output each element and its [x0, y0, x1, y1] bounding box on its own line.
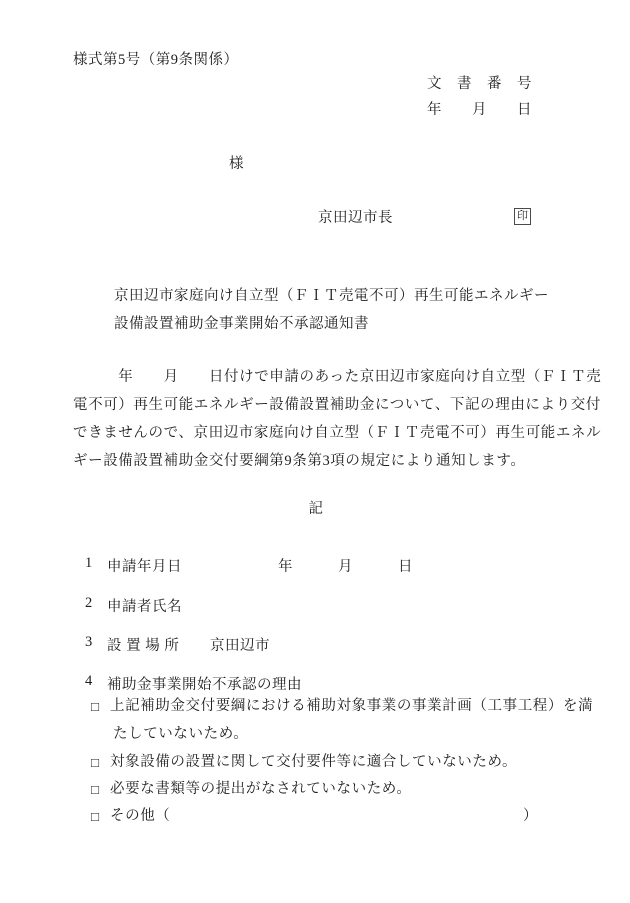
- checkbox-icon: □: [91, 755, 100, 771]
- reason-option-row: □ 上記補助金交付要綱における補助対象事業の事業計画（工事工程）を満: [0, 699, 630, 719]
- body-line: ギー設備設置補助金交付要綱第9条第3項の規定により通知します。: [73, 447, 563, 475]
- reason-option-row-other: □ その他（ ）: [0, 809, 630, 829]
- doc-number-label: 文 書 番 号: [427, 77, 532, 92]
- body-paragraph: 年 月 日付けで申請のあった京田辺市家庭向け自立型（ＦＩＴ売 電不可）再生可能エ…: [73, 363, 563, 475]
- body-line: 年 月 日付けで申請のあった京田辺市家庭向け自立型（ＦＩＴ売: [73, 363, 563, 391]
- item-label: 補助金事業開始不承認の理由: [107, 673, 302, 694]
- closing-paren: ）: [523, 809, 538, 824]
- doc-date-blank: 年 月 日: [427, 103, 532, 118]
- checkbox-icon: □: [91, 782, 100, 798]
- form-number: 様式第5号（第9条関係）: [73, 53, 239, 68]
- item-number: 4: [85, 673, 93, 690]
- checkbox-icon: □: [91, 699, 100, 715]
- document-page: 様式第5号（第9条関係） 文 書 番 号 年 月 日 様 京田辺市長 印 京田辺…: [0, 0, 630, 903]
- addressee-honorific: 様: [229, 157, 244, 172]
- sender-name: 京田辺市長: [318, 211, 393, 226]
- notice-heading: 記: [73, 502, 559, 517]
- item-row-application-date: 1 申請年月日 年 月 日: [0, 555, 630, 575]
- item-number: 2: [85, 595, 93, 612]
- document-title-line1: 京田辺市家庭向け自立型（ＦＩＴ売電不可）再生可能エネルギー: [114, 289, 549, 304]
- reason-option-text: 必要な書類等の提出がなされていないため。: [110, 782, 411, 797]
- item-label: 設 置 場 所: [107, 634, 179, 655]
- item-row-applicant-name: 2 申請者氏名: [0, 595, 630, 615]
- reason-option-row-continuation: たしていないため。: [0, 727, 630, 747]
- item-value: 年 月 日: [278, 555, 413, 576]
- reason-option-text: たしていないため。: [113, 727, 248, 742]
- checkbox-icon: □: [91, 809, 100, 825]
- item-row-refusal-reason: 4 補助金事業開始不承認の理由: [0, 673, 630, 693]
- reason-option-row: □ 必要な書類等の提出がなされていないため。: [0, 782, 630, 802]
- body-line: できませんので、京田辺市家庭向け自立型（ＦＩＴ売電不可）再生可能エネル: [73, 419, 563, 447]
- seal-icon: 印: [514, 208, 531, 225]
- item-label: 申請者氏名: [107, 595, 182, 616]
- item-label: 申請年月日: [107, 555, 182, 576]
- document-title-line2: 設備設置補助金事業開始不承認通知書: [114, 317, 369, 332]
- reason-option-text: 対象設備の設置に関して交付要件等に適合していないため。: [110, 755, 517, 770]
- item-number: 3: [85, 634, 93, 651]
- reason-option-text: 上記補助金交付要綱における補助対象事業の事業計画（工事工程）を満: [110, 699, 593, 714]
- reason-option-row: □ 対象設備の設置に関して交付要件等に適合していないため。: [0, 755, 630, 775]
- reason-option-text: その他（: [110, 809, 170, 824]
- item-number: 1: [85, 555, 93, 572]
- item-value: 京田辺市: [210, 634, 270, 655]
- item-row-installation-site: 3 設 置 場 所 京田辺市: [0, 634, 630, 654]
- body-line: 電不可）再生可能エネルギー設備設置補助金について、下記の理由により交付: [73, 391, 563, 419]
